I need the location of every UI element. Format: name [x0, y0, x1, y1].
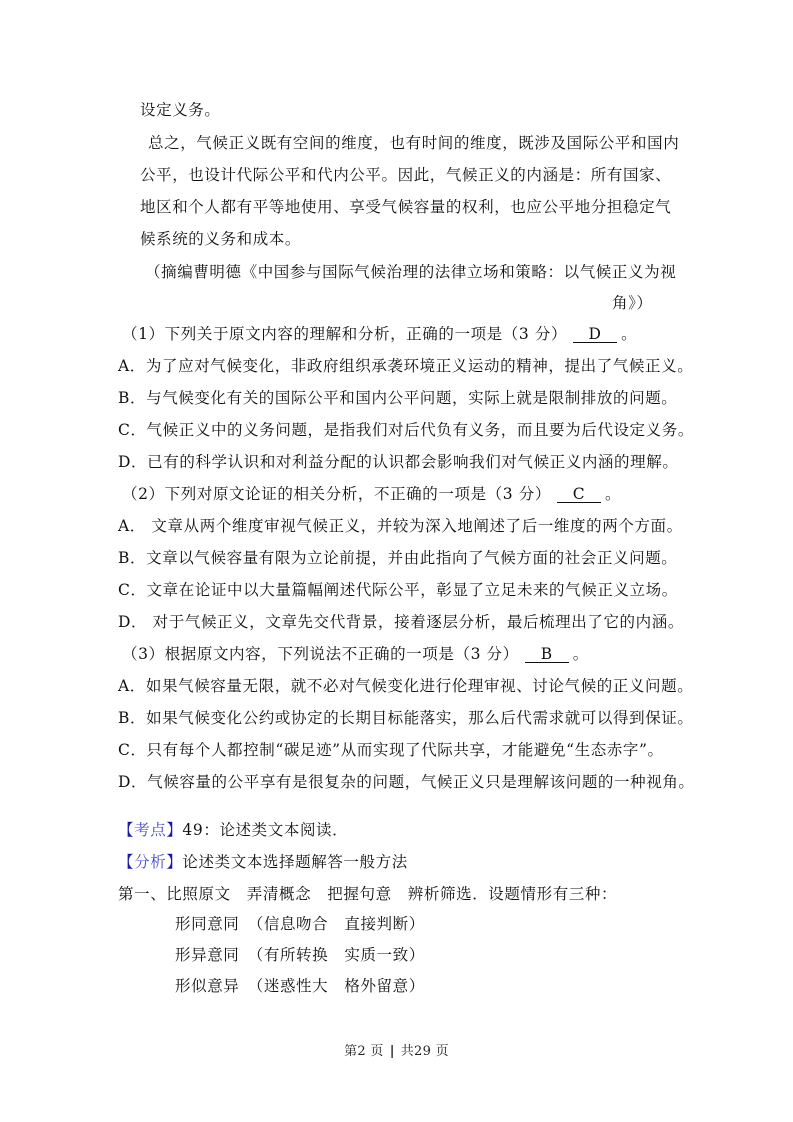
passage-summary-line: 公平，也设计代际公平和代内公平。因此，气候正义的内涵是：所有国家、: [140, 165, 671, 185]
question-3-stem: （3）根据原文内容，下列说法不正确的一项是（3 分）B。: [122, 644, 589, 664]
question-2-option-c: C．文章在论证中以大量篇幅阐述代际公平，彰显了立足未来的气候正义立场。: [118, 580, 678, 600]
passage-summary-line: 总之，气候正义既有空间的维度，也有时间的维度，既涉及国际公平和国内: [148, 133, 679, 153]
question-3-option-c: C．只有每个人都控制“碳足迹”从而实现了代际共享，才能避免“生态赤字”。: [118, 740, 664, 760]
citation-line: 角》）: [612, 293, 653, 313]
answer-blank: C: [557, 486, 601, 503]
question-3-option-a: A．如果气候容量无限，就不必对气候变化进行伦理审视、讨论气候的正义问题。: [118, 676, 693, 696]
question-stem-suffix: 。: [621, 325, 637, 343]
passage-summary-line: 地区和个人都有平等地使用、享受气候容量的权利，也应公平地分担稳定气: [140, 197, 671, 217]
tag-bracket-close: 】: [166, 853, 182, 871]
question-3-option-b: B．如果气候变化公约或协定的长期目标能落实，那么后代需求就可以得到保证。: [118, 708, 694, 728]
citation-line: （摘编曹明德《中国参与国际气候治理的法律立场和策略：以气候正义为视: [145, 262, 676, 282]
tag-bracket-close: 】: [166, 821, 182, 839]
fenxi-text: 论述类文本选择题解答一般方法: [182, 853, 407, 871]
question-2-option-d: D． 对于气候正义，文章先交代背景，接着逐层分析，最后梳理出了它的内涵。: [118, 612, 684, 632]
passage-line: 设定义务。: [140, 100, 221, 120]
question-stem-suffix: 。: [605, 485, 621, 503]
question-2-option-a: A． 文章从两个维度审视气候正义，并较为深入地阐述了后一维度的两个方面。: [118, 516, 683, 536]
question-1-option-c: C．气候正义中的义务问题，是指我们对后代负有义务，而且要为后代设定义务。: [118, 420, 694, 440]
question-3-option-d: D．气候容量的公平享有是很复杂的问题，气候正义只是理解该问题的一种视角。: [118, 772, 695, 792]
case-line: 形同意同 （信息吻合 直接判断）: [175, 914, 425, 934]
fenxi-line: 【分析】论述类文本选择题解答一般方法: [118, 852, 408, 872]
question-2-option-b: B．文章以气候容量有限为立论前提，并由此指向了气候方面的社会正义问题。: [118, 548, 677, 568]
question-1-option-a: A．为了应对气候变化，非政府组织承袭环境正义运动的精神，提出了气候正义。: [118, 356, 693, 376]
kaodian-text: 49：论述类文本阅读．: [182, 821, 348, 839]
question-stem-text: （1）下列关于原文内容的理解和分析，正确的一项是（3 分）: [122, 325, 567, 343]
kaodian-line: 【考点】49：论述类文本阅读．: [118, 820, 348, 840]
answer-blank: B: [525, 646, 569, 663]
footer-separator: |: [390, 1044, 395, 1059]
question-stem-suffix: 。: [573, 645, 589, 663]
document-page: 设定义务。 总之，气候正义既有空间的维度，也有时间的维度，既涉及国际公平和国内 …: [0, 0, 793, 1122]
question-1-option-b: B．与气候变化有关的国际公平和国内公平问题，实际上就是限制排放的问题。: [118, 388, 677, 408]
question-stem-text: （3）根据原文内容，下列说法不正确的一项是（3 分）: [122, 645, 519, 663]
method-line: 第一、比照原文 弄清概念 把握句意 辨析筛选．设题情形有三种：: [118, 884, 617, 904]
question-1-stem: （1）下列关于原文内容的理解和分析，正确的一项是（3 分）D。: [122, 324, 637, 344]
total-pages: 共29 页: [401, 1044, 449, 1059]
case-line: 形似意异 （迷惑性大 格外留意）: [175, 976, 425, 996]
current-page-number: 第2 页: [344, 1044, 384, 1059]
case-line: 形异意同 （有所转换 实质一致）: [175, 945, 425, 965]
tag-bracket-open: 【: [118, 853, 134, 871]
question-stem-text: （2）下列对原文论证的相关分析，不正确的一项是（3 分）: [122, 485, 551, 503]
tag-bracket-open: 【: [118, 821, 134, 839]
fenxi-label: 分析: [134, 853, 166, 871]
question-2-stem: （2）下列对原文论证的相关分析，不正确的一项是（3 分）C。: [122, 484, 621, 504]
kaodian-label: 考点: [134, 821, 166, 839]
question-1-option-d: D．已有的科学认识和对利益分配的认识都会影响我们对气候正义内涵的理解。: [118, 452, 678, 472]
answer-blank: D: [573, 326, 617, 343]
passage-summary-line: 候系统的义务和成本。: [140, 229, 301, 249]
page-footer: 第2 页|共29 页: [0, 1040, 793, 1059]
